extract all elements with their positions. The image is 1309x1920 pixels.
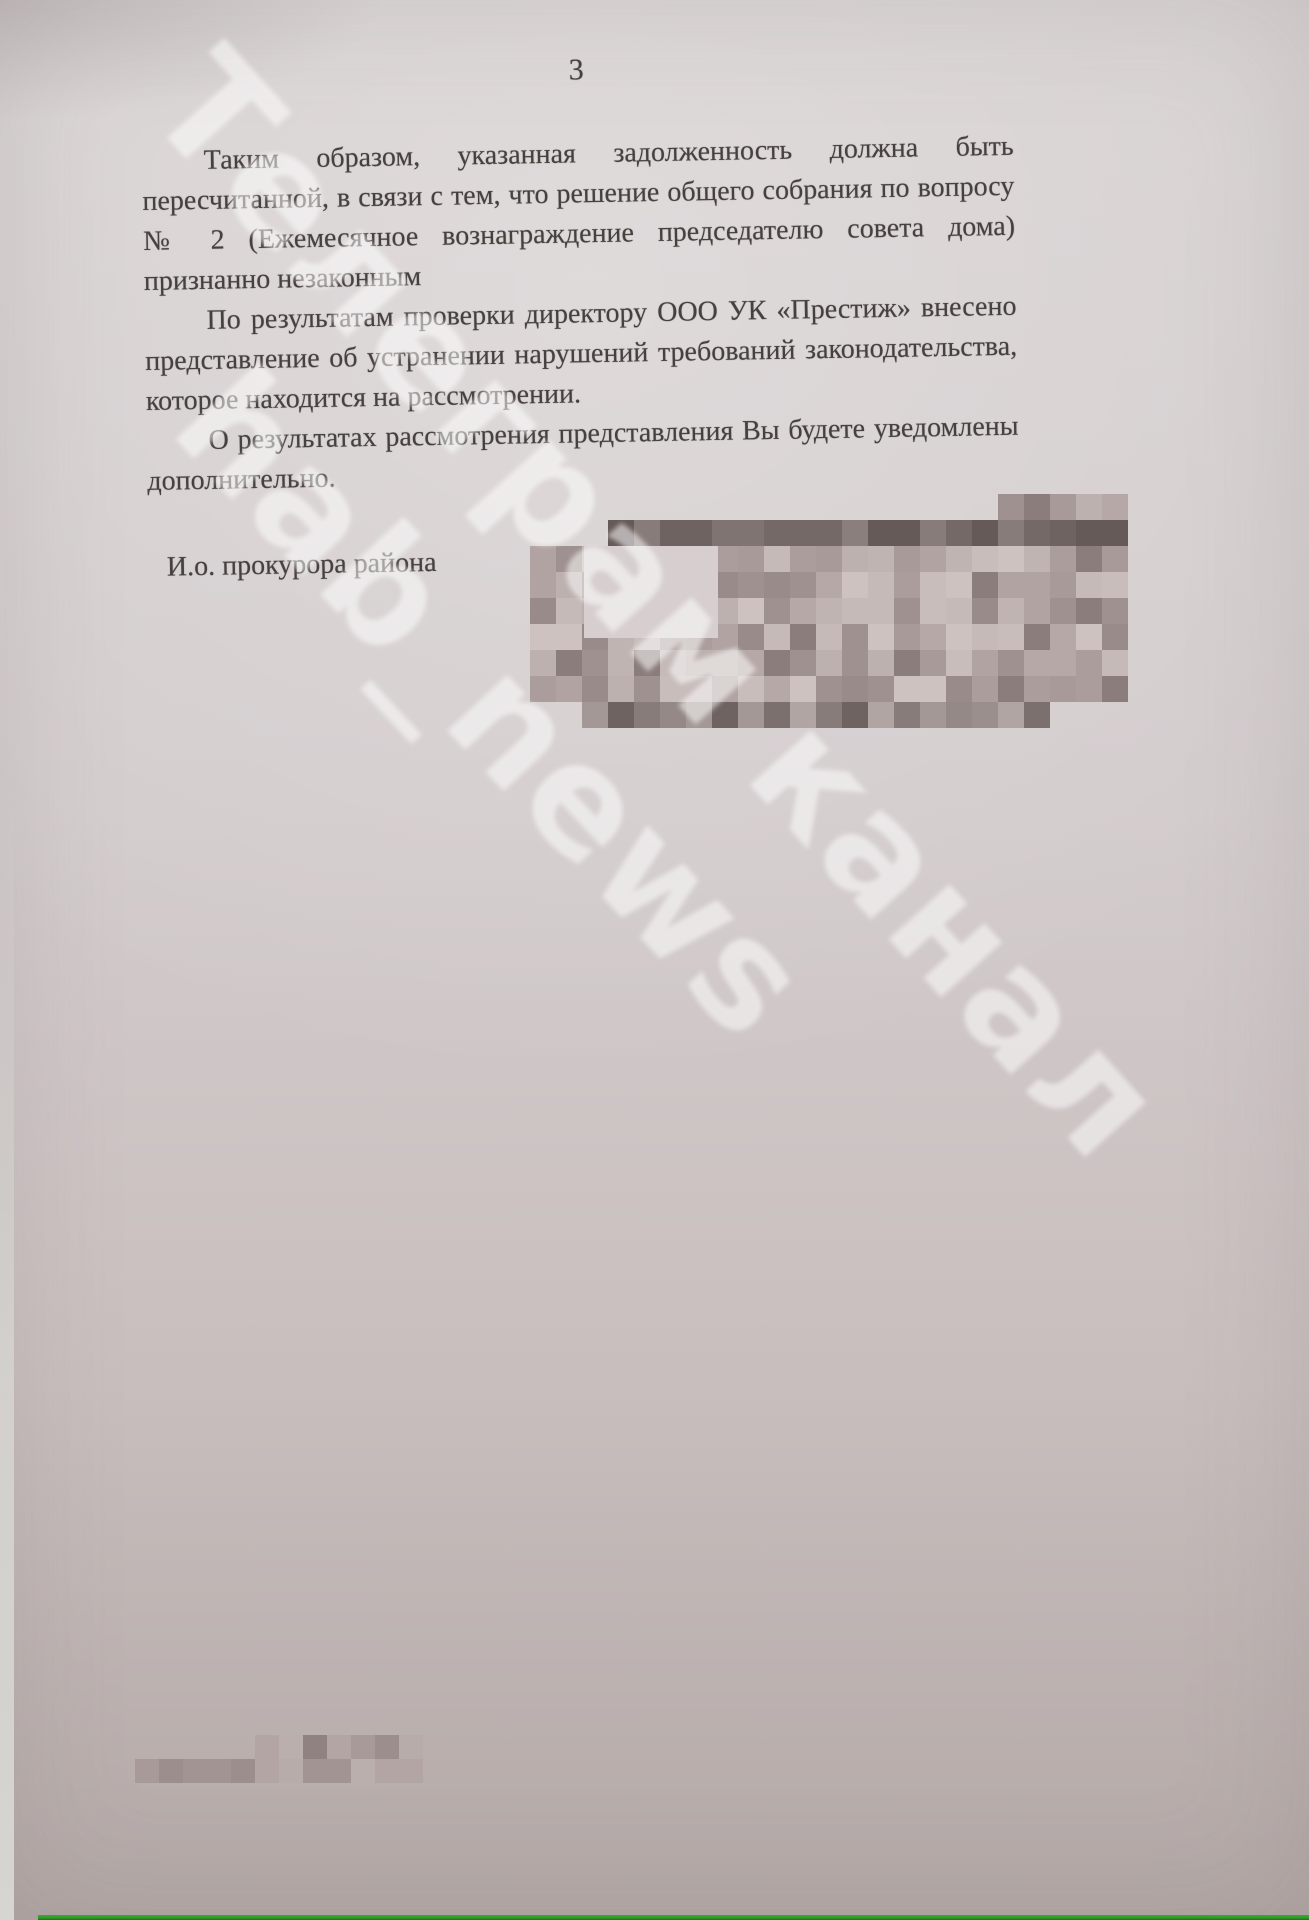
mosaic-cell	[1024, 546, 1050, 572]
mosaic-light-patch	[584, 546, 718, 638]
mosaic-cell	[868, 702, 894, 728]
mosaic-cell	[1024, 494, 1050, 520]
mosaic-cell	[634, 702, 660, 728]
photo-left-edge	[0, 0, 14, 1920]
mosaic-cell	[868, 572, 894, 598]
mosaic-cell	[159, 1759, 183, 1783]
mosaic-cell	[816, 546, 842, 572]
mosaic-cell	[764, 624, 790, 650]
mosaic-cell	[1076, 494, 1102, 520]
mosaic-cell	[530, 546, 556, 572]
mosaic-cell	[764, 520, 790, 546]
mosaic-cell	[946, 676, 972, 702]
mosaic-cell	[998, 546, 1024, 572]
mosaic-cell	[686, 702, 712, 728]
mosaic-cell	[738, 624, 764, 650]
mosaic-cell	[530, 650, 556, 676]
mosaic-cell	[920, 650, 946, 676]
mosaic-cell	[972, 520, 998, 546]
mosaic-cell	[530, 676, 556, 702]
mosaic-cell	[351, 1759, 375, 1783]
mosaic-cell	[842, 546, 868, 572]
mosaic-cell	[1102, 520, 1128, 546]
mosaic-cell	[1024, 520, 1050, 546]
mosaic-cell	[556, 650, 582, 676]
mosaic-cell	[842, 624, 868, 650]
mosaic-cell	[1024, 624, 1050, 650]
mosaic-cell	[920, 624, 946, 650]
mosaic-cell	[816, 572, 842, 598]
mosaic-cell	[1076, 650, 1102, 676]
document-photo: 3 Таким образом, указанная задолженность…	[0, 0, 1309, 1920]
mosaic-cell	[1076, 520, 1102, 546]
mosaic-cell	[894, 520, 920, 546]
mosaic-cell	[530, 598, 556, 624]
mosaic-cell	[842, 520, 868, 546]
mosaic-cell	[207, 1759, 231, 1783]
mosaic-cell	[582, 702, 608, 728]
mosaic-cell	[375, 1759, 399, 1783]
mosaic-cell	[920, 546, 946, 572]
mosaic-cell	[998, 520, 1024, 546]
mosaic-cell	[634, 520, 660, 546]
mosaic-cell	[1102, 624, 1128, 650]
mosaic-cell	[1050, 598, 1076, 624]
mosaic-cell	[842, 676, 868, 702]
mosaic-cell	[816, 624, 842, 650]
mosaic-cell	[868, 624, 894, 650]
mosaic-cell	[1050, 494, 1076, 520]
mosaic-cell	[686, 520, 712, 546]
mosaic-cell	[1102, 598, 1128, 624]
mosaic-cell	[946, 624, 972, 650]
mosaic-cell	[738, 598, 764, 624]
mosaic-cell	[894, 676, 920, 702]
mosaic-cell	[327, 1759, 351, 1783]
mosaic-cell	[972, 650, 998, 676]
mosaic-cell	[816, 598, 842, 624]
mosaic-cell	[764, 650, 790, 676]
mosaic-cell	[1050, 572, 1076, 598]
mosaic-cell	[790, 650, 816, 676]
paragraph-debt-recalculation: Таким образом, указанная задолженность д…	[141, 127, 1016, 302]
mosaic-cell	[790, 520, 816, 546]
mosaic-cell	[279, 1759, 303, 1783]
mosaic-cell	[816, 676, 842, 702]
mosaic-cell	[764, 572, 790, 598]
mosaic-cell	[998, 624, 1024, 650]
mosaic-cell	[764, 702, 790, 728]
mosaic-cell	[894, 572, 920, 598]
mosaic-cell	[608, 650, 634, 676]
mosaic-cell	[946, 546, 972, 572]
mosaic-cell	[351, 1735, 375, 1759]
mosaic-cell	[1076, 598, 1102, 624]
mosaic-cell	[1024, 702, 1050, 728]
mosaic-cell	[920, 702, 946, 728]
mosaic-cell	[255, 1759, 279, 1783]
mosaic-cell	[738, 546, 764, 572]
mosaic-cell	[998, 494, 1024, 520]
mosaic-cell	[1102, 494, 1128, 520]
mosaic-cell	[738, 702, 764, 728]
mosaic-cell	[1050, 676, 1076, 702]
mosaic-cell	[255, 1735, 279, 1759]
mosaic-cell	[868, 650, 894, 676]
mosaic-cell	[556, 546, 582, 572]
mosaic-cell	[375, 1735, 399, 1759]
mosaic-cell	[816, 702, 842, 728]
mosaic-cell	[686, 676, 712, 702]
mosaic-cell	[327, 1735, 351, 1759]
mosaic-cell	[556, 624, 582, 650]
mosaic-cell	[842, 650, 868, 676]
mosaic-cell	[764, 676, 790, 702]
mosaic-cell	[946, 598, 972, 624]
mosaic-cell	[660, 520, 686, 546]
mosaic-cell	[556, 598, 582, 624]
mosaic-cell	[972, 546, 998, 572]
mosaic-cell	[790, 572, 816, 598]
mosaic-cell	[582, 650, 608, 676]
mosaic-cell	[303, 1759, 327, 1783]
mosaic-cell	[582, 676, 608, 702]
mosaic-cell	[972, 624, 998, 650]
mosaic-cell	[972, 598, 998, 624]
mosaic-cell	[712, 676, 738, 702]
mosaic-cell	[894, 650, 920, 676]
mosaic-cell	[135, 1759, 159, 1783]
document-page: 3 Таким образом, указанная задолженность…	[140, 45, 1021, 586]
mosaic-cell	[1076, 676, 1102, 702]
mosaic-cell	[868, 676, 894, 702]
mosaic-cell	[1050, 520, 1076, 546]
mosaic-cell	[998, 676, 1024, 702]
mosaic-cell	[894, 598, 920, 624]
mosaic-cell	[868, 520, 894, 546]
mosaic-cell	[1076, 546, 1102, 572]
mosaic-cell	[972, 676, 998, 702]
mosaic-cell	[790, 598, 816, 624]
mosaic-cell	[790, 702, 816, 728]
mosaic-cell	[399, 1759, 423, 1783]
mosaic-cell	[946, 572, 972, 598]
mosaic-cell	[634, 676, 660, 702]
mosaic-cell	[1024, 676, 1050, 702]
mosaic-cell	[790, 546, 816, 572]
mosaic-cell	[530, 624, 556, 650]
mosaic-cell	[1024, 572, 1050, 598]
mosaic-cell	[894, 546, 920, 572]
mosaic-cell	[1102, 650, 1128, 676]
mosaic-cell	[868, 546, 894, 572]
mosaic-cell	[894, 702, 920, 728]
mosaic-cell	[1050, 624, 1076, 650]
mosaic-cell	[946, 702, 972, 728]
mosaic-cell	[972, 572, 998, 598]
mosaic-cell	[608, 676, 634, 702]
mosaic-cell	[712, 520, 738, 546]
mosaic-cell	[868, 598, 894, 624]
mosaic-cell	[231, 1759, 255, 1783]
mosaic-cell	[634, 650, 660, 676]
paragraph-inspection-result: По результатам проверки директору ООО УК…	[144, 287, 1018, 422]
mosaic-cell	[738, 676, 764, 702]
mosaic-cell	[920, 598, 946, 624]
mosaic-cell	[608, 702, 634, 728]
mosaic-cell	[1076, 572, 1102, 598]
mosaic-cell	[660, 676, 686, 702]
mosaic-cell	[790, 624, 816, 650]
mosaic-cell	[712, 650, 738, 676]
mosaic-cell	[764, 598, 790, 624]
mosaic-cell	[530, 572, 556, 598]
mosaic-cell	[842, 572, 868, 598]
mosaic-cell	[1102, 676, 1128, 702]
mosaic-cell	[556, 572, 582, 598]
photo-bottom-strip	[38, 1915, 1309, 1920]
mosaic-cell	[894, 624, 920, 650]
mosaic-cell	[972, 702, 998, 728]
paragraph-notification: О результатах рассмотрения представления…	[146, 407, 1019, 502]
mosaic-cell	[738, 572, 764, 598]
mosaic-cell	[816, 520, 842, 546]
mosaic-cell	[660, 702, 686, 728]
mosaic-cell	[1050, 650, 1076, 676]
page-number: 3	[140, 45, 1012, 96]
mosaic-cell	[1102, 546, 1128, 572]
mosaic-cell	[998, 572, 1024, 598]
mosaic-cell	[1024, 598, 1050, 624]
mosaic-cell	[842, 598, 868, 624]
mosaic-cell	[946, 520, 972, 546]
mosaic-cell	[842, 702, 868, 728]
mosaic-cell	[183, 1759, 207, 1783]
mosaic-cell	[764, 546, 790, 572]
mosaic-cell	[998, 702, 1024, 728]
mosaic-cell	[816, 650, 842, 676]
mosaic-cell	[686, 650, 712, 676]
mosaic-cell	[608, 520, 634, 546]
mosaic-cell	[1050, 546, 1076, 572]
mosaic-cell	[1102, 572, 1128, 598]
mosaic-cell	[423, 1735, 447, 1759]
mosaic-cell	[738, 520, 764, 546]
mosaic-cell	[790, 676, 816, 702]
mosaic-cell	[279, 1735, 303, 1759]
mosaic-cell	[303, 1735, 327, 1759]
mosaic-cell	[920, 520, 946, 546]
mosaic-cell	[556, 676, 582, 702]
mosaic-cell	[998, 650, 1024, 676]
mosaic-cell	[998, 598, 1024, 624]
mosaic-cell	[738, 650, 764, 676]
mosaic-cell	[712, 702, 738, 728]
mosaic-cell	[1024, 650, 1050, 676]
mosaic-cell	[399, 1735, 423, 1759]
mosaic-cell	[1076, 624, 1102, 650]
mosaic-cell	[946, 650, 972, 676]
mosaic-cell	[920, 572, 946, 598]
mosaic-cell	[920, 676, 946, 702]
mosaic-cell	[660, 650, 686, 676]
